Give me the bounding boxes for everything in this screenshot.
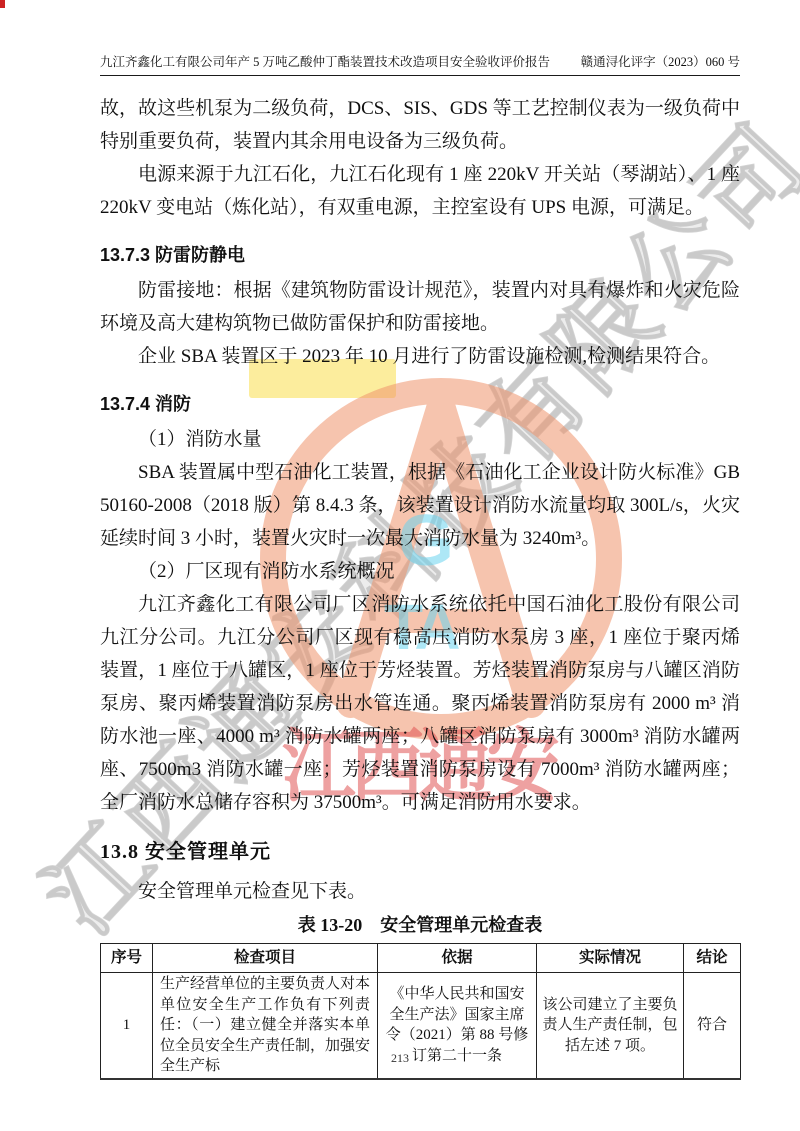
report-title: 九江齐鑫化工有限公司年产 5 万吨乙酸仲丁酯装置技术改造项目安全验收评价报告 bbox=[100, 52, 550, 70]
page-number: 213 bbox=[0, 1051, 800, 1066]
page-header: 九江齐鑫化工有限公司年产 5 万吨乙酸仲丁酯装置技术改造项目安全验收评价报告 赣… bbox=[100, 52, 740, 76]
col-header-no: 序号 bbox=[101, 944, 153, 973]
paragraph-load-classes: 故，故这些机泵为二级负荷，DCS、SIS、GDS 等工艺控制仪表为一级负荷中特别… bbox=[100, 92, 740, 158]
col-header-item: 检查项目 bbox=[153, 944, 378, 973]
paragraph-lightning-grounding: 防雷接地：根据《建筑物防雷设计规范》，装置内对具有爆炸和火灾危险环境及高大建构筑… bbox=[100, 274, 740, 340]
heading-13-8: 13.8 安全管理单元 bbox=[100, 835, 740, 869]
heading-13-7-3: 13.7.3 防雷防静电 bbox=[100, 240, 740, 270]
col-header-basis: 依据 bbox=[378, 944, 537, 973]
paragraph-lightning-inspection: 企业 SBA 装置区于 2023 年 10 月进行了防雷设施检测,检测结果符合。 bbox=[100, 340, 740, 373]
table-caption: 表 13-20 安全管理单元检查表 bbox=[100, 910, 740, 940]
table-header-row: 序号 检查项目 依据 实际情况 结论 bbox=[101, 944, 741, 973]
paragraph-power-source: 电源来源于九江石化，九江石化现有 1 座 220kV 开关站（琴湖站）、1 座 … bbox=[100, 158, 740, 224]
corner-print-mark bbox=[0, 0, 5, 8]
subheading-fire-water-system: （2）厂区现有消防水系统概况 bbox=[100, 555, 740, 588]
col-header-actual: 实际情况 bbox=[537, 944, 684, 973]
document-number: 赣通浔化评字（2023）060 号 bbox=[581, 52, 740, 70]
col-header-conclusion: 结论 bbox=[684, 944, 741, 973]
paragraph-fire-water-system: 九江齐鑫化工有限公司厂区消防水系统依托中国石油化工股份有限公司九江分公司。九江分… bbox=[100, 588, 740, 819]
subheading-fire-water-volume: （1）消防水量 bbox=[100, 423, 740, 456]
paragraph-fire-water-volume: SBA 装置属中型石油化工装置，根据《石油化工企业设计防火标准》GB 50160… bbox=[100, 456, 740, 555]
paragraph-table-intro: 安全管理单元检查见下表。 bbox=[100, 875, 740, 908]
document-body: 故，故这些机泵为二级负荷，DCS、SIS、GDS 等工艺控制仪表为一级负荷中特别… bbox=[100, 92, 740, 1080]
heading-13-7-4: 13.7.4 消防 bbox=[100, 389, 740, 419]
